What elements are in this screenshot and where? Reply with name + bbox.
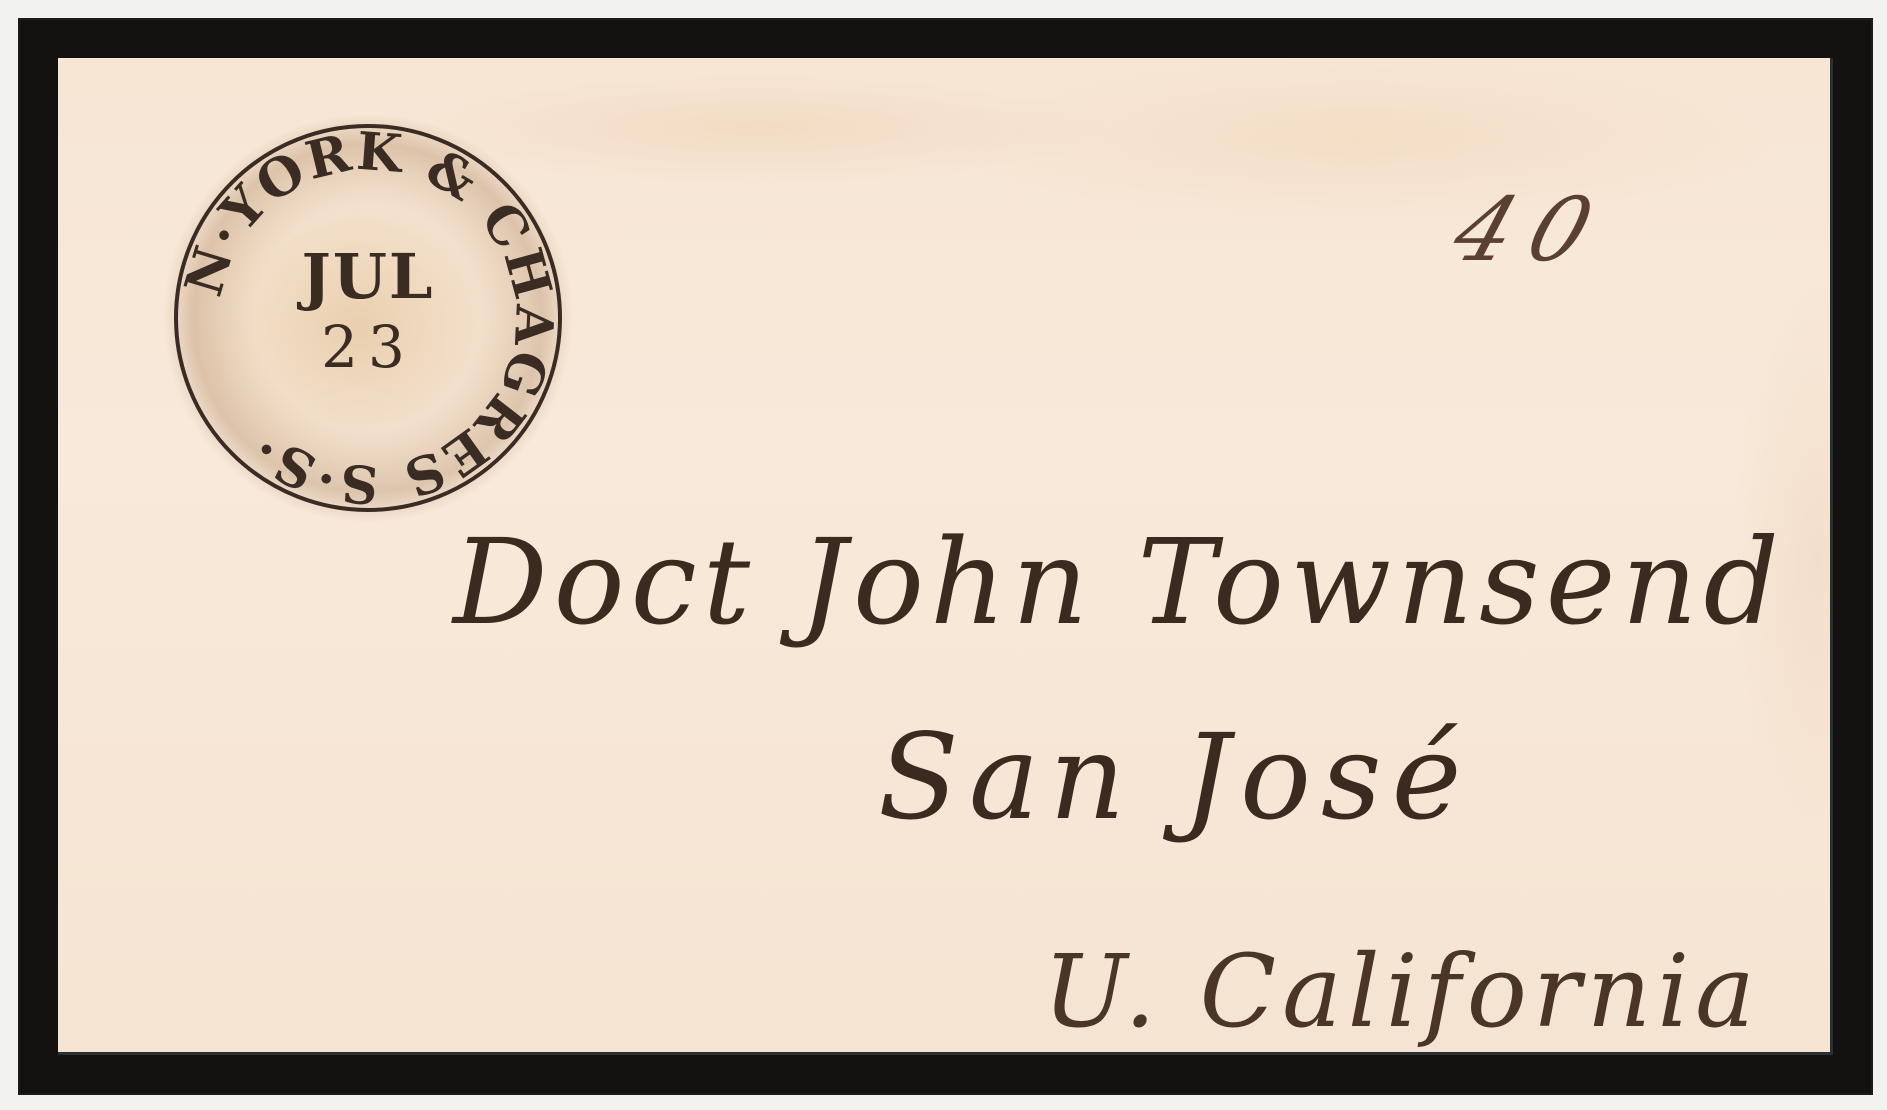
postmark-date: JUL 23: [158, 246, 578, 376]
black-mount-frame: N·YORK & CHAGRES S·S· JUL 23 40 Doct Joh…: [18, 18, 1873, 1095]
rate-marking: 40: [1441, 178, 1622, 281]
address-city: San José: [878, 708, 1471, 846]
postmark-month: JUL: [158, 246, 578, 308]
postmark: N·YORK & CHAGRES S·S· JUL 23: [158, 108, 578, 528]
postmark-day: 23: [158, 318, 578, 376]
address-recipient: Doct John Townsend: [453, 513, 1785, 651]
envelope-cover: N·YORK & CHAGRES S·S· JUL 23 40 Doct Joh…: [58, 58, 1833, 1055]
address-state: U. California: [1043, 933, 1761, 1050]
